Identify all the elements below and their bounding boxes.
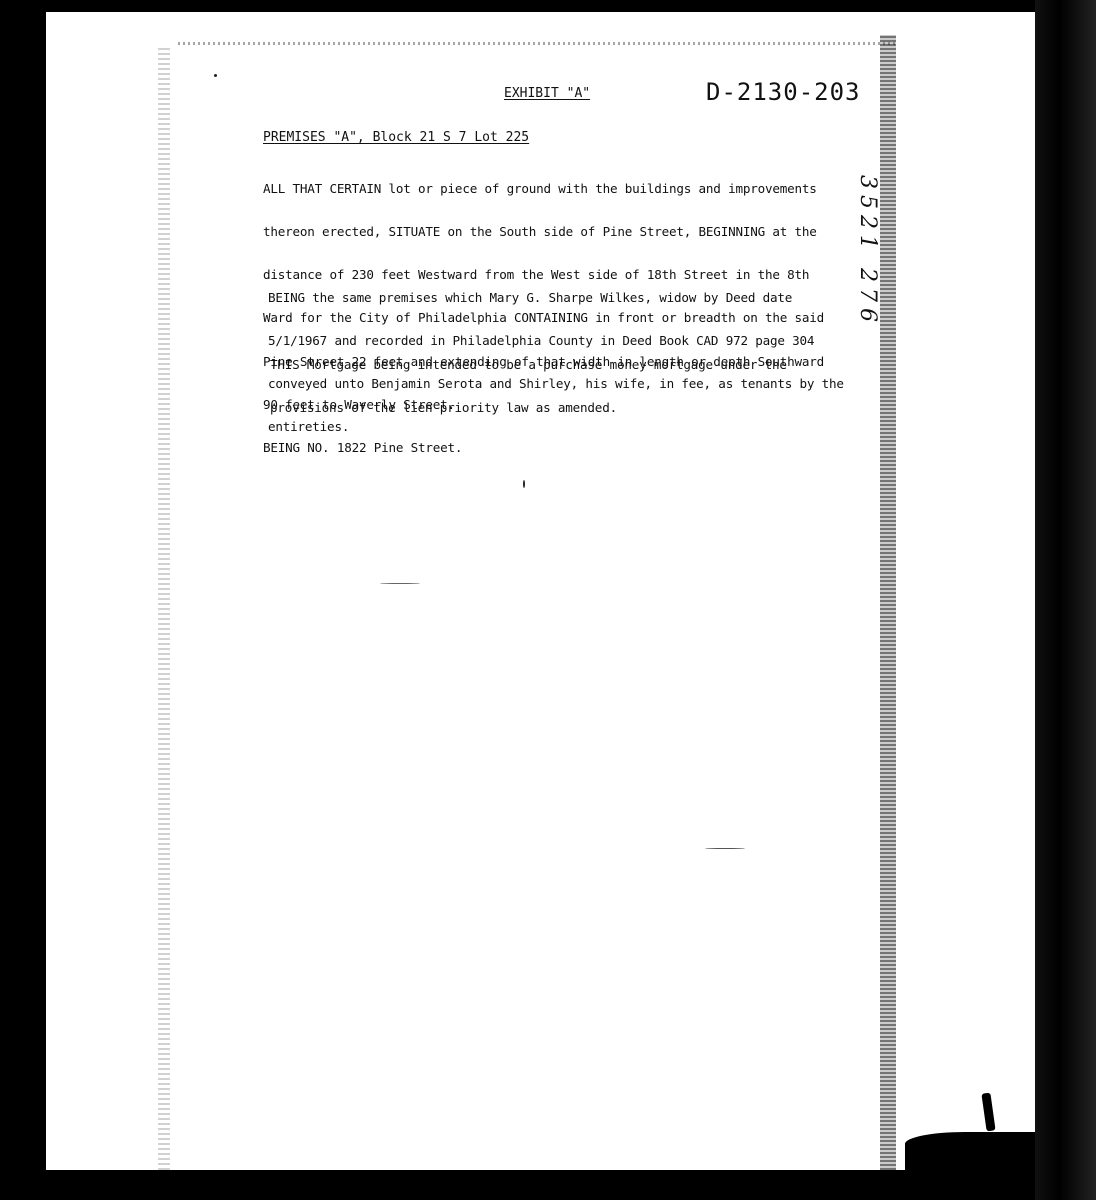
scan-speck	[705, 848, 745, 849]
text-line: THIS Mortgage being intended to be a pur…	[270, 358, 787, 372]
scan-shadow-strip	[158, 45, 170, 1170]
scan-border-left	[0, 0, 46, 1200]
page-right-edge	[880, 35, 896, 1170]
text-line: ALL THAT CERTAIN lot or piece of ground …	[263, 182, 824, 196]
scan-speck	[214, 74, 217, 77]
text-line: provisions of the lien priority law as a…	[270, 401, 787, 415]
text-line: thereon erected, SITUATE on the South si…	[263, 225, 824, 239]
scan-speck	[523, 480, 525, 488]
page-top-edge	[178, 42, 898, 45]
scan-border-bottom	[0, 1170, 1096, 1200]
scan-corner-shadow	[905, 1132, 1035, 1170]
handwritten-annotation: 3521 276	[855, 175, 880, 328]
scan-border-top	[0, 0, 1096, 12]
scan-speck	[380, 583, 420, 584]
exhibit-title: EXHIBIT "A"	[504, 86, 590, 101]
document-number: D-2130-203	[706, 78, 861, 106]
premises-heading: PREMISES "A", Block 21 S 7 Lot 225	[263, 130, 529, 145]
text-line: BEING the same premises which Mary G. Sh…	[268, 291, 844, 305]
mortgage-clause-paragraph: THIS Mortgage being intended to be a pur…	[270, 329, 787, 430]
scan-border-right	[1035, 0, 1096, 1200]
